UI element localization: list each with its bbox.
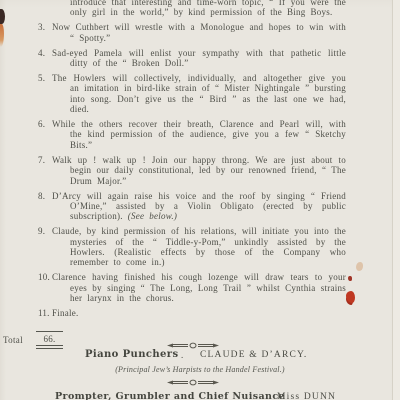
- piano-punchers-role: Piano Punchers: [85, 349, 179, 360]
- item-text: Finale.: [52, 308, 79, 318]
- programme-item: 3.Now Cuthbert will wrestle with a Monol…: [70, 22, 346, 43]
- programme-page: introduce that interesting and time-worn…: [0, 0, 400, 400]
- item-number: 7.: [38, 155, 45, 165]
- item-text: Clarence having finished his cough lozen…: [52, 272, 346, 303]
- item-number: 4.: [38, 48, 45, 58]
- item-text: Walk up ! walk up ! Join our happy thron…: [52, 155, 346, 186]
- item-text: Claude, by kind permission of his relati…: [52, 226, 346, 267]
- programme-item: 7.Walk up ! walk up ! Join our happy thr…: [70, 155, 346, 186]
- prompter-name: Miss DUNN: [277, 392, 336, 400]
- piano-punchers-row: Piano Punchers . CLAUDE & D’ARCY.: [0, 349, 400, 361]
- item-text: Sad-eyed Pamela will enlist your sympath…: [52, 48, 346, 68]
- paragraph-continuation: introduce that interesting and time-worn…: [70, 0, 346, 18]
- total-value: 66.: [36, 331, 62, 349]
- credit-separator-dot: .: [181, 350, 183, 360]
- item-number: 6.: [38, 119, 45, 129]
- programme-item: 10.Clarence having finished his cough lo…: [70, 272, 346, 303]
- prompter-role: Prompter, Grumbler and Chief Nuisance: [55, 391, 285, 400]
- programme-item: 6.While the others recover their breath,…: [70, 119, 346, 150]
- ink-stain: [348, 276, 352, 281]
- item-number: 11.: [38, 308, 50, 318]
- programme-item: 5.The Howlers will collectively, individ…: [70, 73, 346, 115]
- item-text: Now Cuthbert will wrestle with a Monolog…: [52, 22, 346, 42]
- programme-item: 8.D’Arcy will again raise his voice and …: [70, 191, 346, 222]
- item-number: 5.: [38, 73, 45, 83]
- prompter-row: Prompter, Grumbler and Chief Nuisance Mi…: [0, 391, 400, 400]
- item-text: While the others recover their breath, C…: [52, 119, 346, 150]
- item-text-italic: (See below.): [128, 211, 177, 221]
- programme-item: 11.Finale.: [70, 308, 346, 318]
- total-row: Total 66.: [3, 331, 63, 349]
- item-text: D’Arcy will again raise his voice and th…: [52, 191, 346, 222]
- item-number: 9.: [38, 226, 45, 236]
- item-number: 8.: [38, 191, 45, 201]
- total-label: Total: [3, 331, 23, 345]
- item-number: 10.: [38, 272, 50, 282]
- ink-stain: [346, 291, 355, 303]
- piano-punchers-names: CLAUDE & D’ARCY.: [200, 350, 307, 360]
- piano-punchers-note: (Principal Jew’s Harpists to the Handel …: [0, 365, 400, 374]
- programme-item: 4.Sad-eyed Pamela will enlist your sympa…: [70, 48, 346, 69]
- item-text: The Howlers will collectively, individua…: [52, 73, 346, 114]
- divider-ornament-icon: [167, 378, 219, 387]
- item-number: 3.: [38, 22, 45, 32]
- programme-item: 9.Claude, by kind permission of his rela…: [70, 226, 346, 268]
- programme-text-column: introduce that interesting and time-worn…: [0, 0, 400, 323]
